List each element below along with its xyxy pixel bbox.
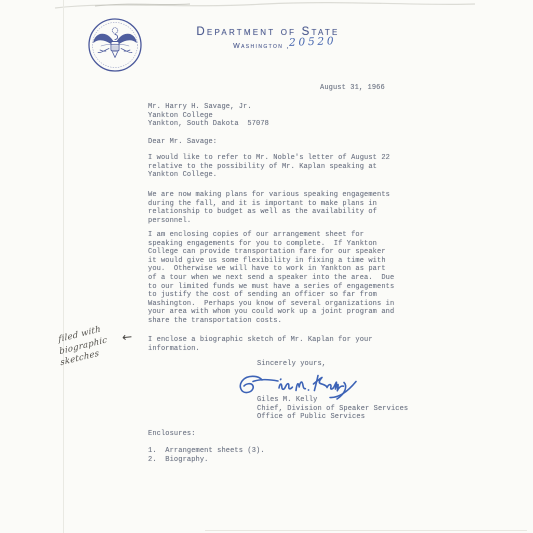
letter-date: August 31, 1966: [320, 84, 385, 93]
scanned-letter-page: Department of State Washington , 20520 A…: [0, 0, 533, 533]
enclosures-block: Enclosures: 1. Arrangement sheets (3). 2…: [148, 430, 265, 464]
letterhead-department: Department of State: [168, 26, 368, 38]
recipient-address: Mr. Harry H. Savage, Jr. Yankton College…: [148, 103, 269, 129]
paragraph-1: I would like to refer to Mr. Noble's let…: [148, 154, 400, 180]
department-of-state-seal-icon: [87, 17, 143, 73]
paper-edge-bottom: [205, 530, 527, 531]
paragraph-4: I enclose a biographic sketch of Mr. Kap…: [148, 336, 400, 353]
paragraph-3: I am enclosing copies of our arrangement…: [148, 231, 406, 326]
signature-typed-block: Giles M. Kelly Chief, Division of Speake…: [257, 396, 408, 422]
handwritten-zip-code: 20520: [289, 35, 337, 49]
left-arrow-icon: ←: [121, 330, 132, 345]
salutation: Dear Mr. Savage:: [148, 138, 217, 147]
paragraph-2: We are now making plans for various spea…: [148, 191, 400, 225]
closing: Sincerely yours,: [257, 360, 326, 369]
paper-crease: [0, 0, 533, 14]
paper-edge-left: [63, 0, 64, 533]
letterhead-city: Washington ,: [180, 43, 290, 50]
handwritten-margin-note: filed with biographic sketches: [58, 323, 109, 370]
